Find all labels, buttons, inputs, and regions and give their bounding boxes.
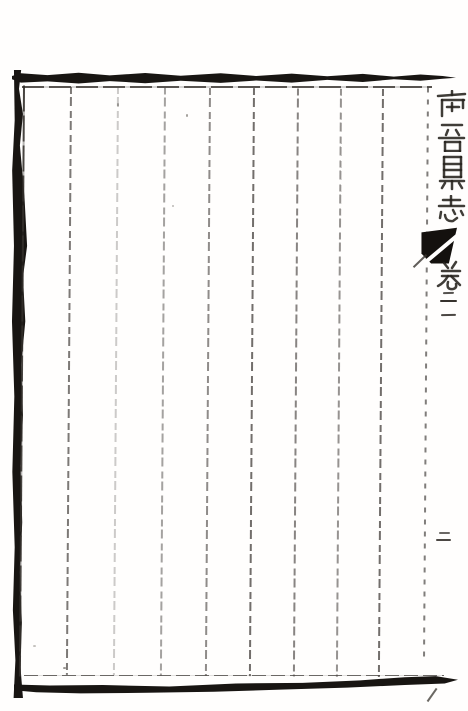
column-rule [66, 87, 72, 675]
column-rule [249, 88, 255, 676]
column-rule [160, 88, 166, 676]
column-ruling [0, 0, 468, 711]
column-rule [378, 89, 384, 677]
frame-rule-right [423, 87, 428, 659]
column-rule [205, 88, 211, 676]
volume-number-stroke [440, 300, 457, 302]
frame-rule-left [19, 86, 25, 677]
scan-speck [33, 645, 36, 647]
column-rule [336, 89, 342, 677]
scan-speck [186, 114, 188, 117]
column-rule [293, 88, 299, 676]
title-char-glyph: 志 [436, 195, 468, 223]
scan-speck [63, 667, 66, 669]
page-number-stroke [436, 539, 451, 541]
scanned-book-page: 南 部 縣 志 [0, 0, 468, 711]
title-char-glyph: 部 [436, 122, 468, 152]
title-char-glyph: 南 [436, 90, 468, 118]
scan-speck [172, 205, 174, 207]
column-rule [113, 87, 119, 675]
title-char-glyph: 縣 [436, 155, 468, 191]
scan-speck [117, 103, 119, 107]
page-number-stroke [439, 532, 450, 534]
volume-char-glyph: 卷 [435, 259, 462, 291]
